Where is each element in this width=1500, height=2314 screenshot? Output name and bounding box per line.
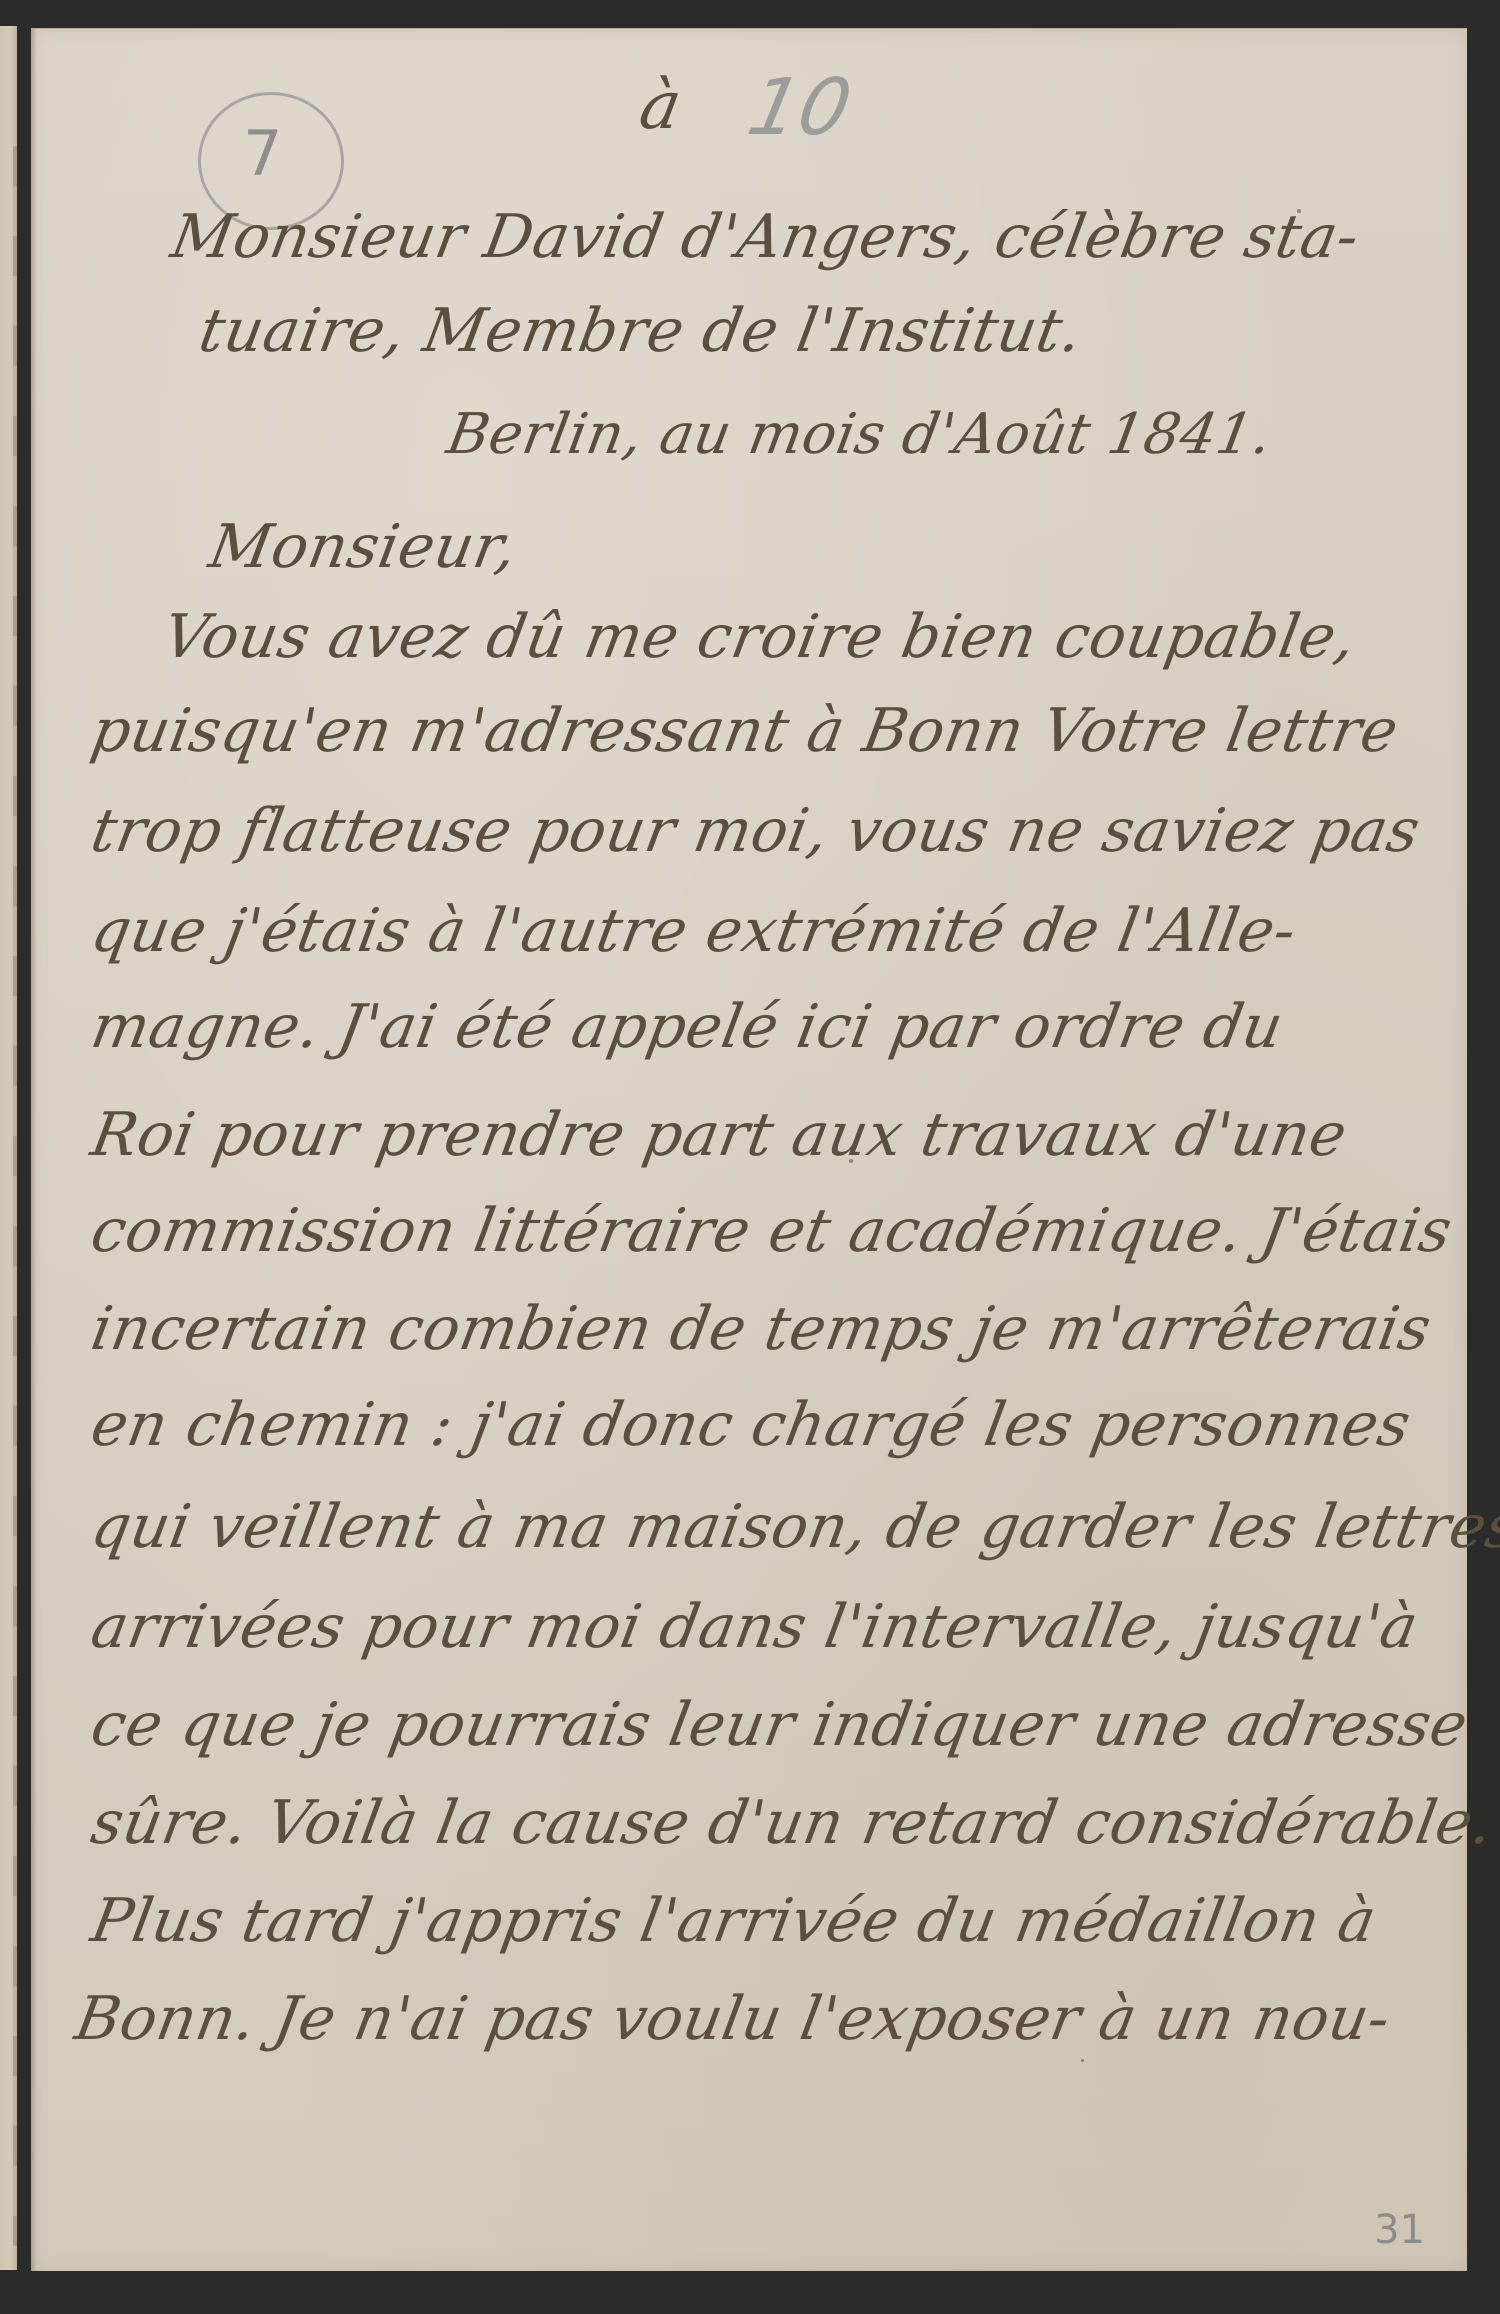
body-line: puisqu'en m'adressant à Bonn Votre lettr… <box>87 701 1403 761</box>
body-line: Roi pour prendre part aux travaux d'une <box>87 1105 1351 1165</box>
header-prefix: à <box>635 73 686 139</box>
paper-speck <box>1297 209 1301 213</box>
body-line: Bonn. Je n'ai pas voulu l'exposer à un n… <box>71 1989 1395 2049</box>
paper-speck <box>1081 2059 1084 2062</box>
body-line: qui veillent à ma maison, de garder les … <box>87 1497 1500 1557</box>
body-line: en chemin : j'ai donc chargé les personn… <box>87 1395 1415 1455</box>
body-line: arrivées pour moi dans l'intervalle, jus… <box>87 1597 1422 1657</box>
body-line: Vous avez dû me croire bien coupable, <box>159 607 1360 667</box>
body-line: ce que je pourrais leur indiquer une adr… <box>87 1695 1472 1755</box>
letter-page: 7 à 10 Monsieur David d'Angers, célèbre … <box>31 28 1467 2271</box>
body-line: magne. J'ai été appelé ici par ordre du <box>87 997 1288 1057</box>
salutation: Monsieur, <box>205 517 522 577</box>
body-line: incertain combien de temps je m'arrêtera… <box>87 1299 1435 1359</box>
address-line-2: tuaire, Membre de l'Institut. <box>195 301 1087 361</box>
body-line: commission littéraire et académique. J'é… <box>87 1201 1456 1261</box>
folio-number: 31 <box>1374 2207 1425 2253</box>
body-line: que j'étais à l'autre extrémité de l'All… <box>87 901 1301 961</box>
scanned-page: 7 à 10 Monsieur David d'Angers, célèbre … <box>0 0 1500 2314</box>
place-date: Berlin, au mois d'Août 1841. <box>443 407 1276 463</box>
pencil-number-top: 10 <box>742 69 858 147</box>
adjacent-page-edge <box>0 26 17 2270</box>
body-line: sûre. Voilà la cause d'un retard considé… <box>87 1793 1497 1853</box>
paper-speck <box>849 1159 853 1163</box>
body-line: trop flatteuse pour moi, vous ne saviez … <box>87 801 1424 861</box>
circled-number: 7 <box>243 123 282 185</box>
body-line: Plus tard j'appris l'arrivée du médaillo… <box>87 1891 1380 1951</box>
address-line-1: Monsieur David d'Angers, célèbre sta- <box>167 207 1363 267</box>
